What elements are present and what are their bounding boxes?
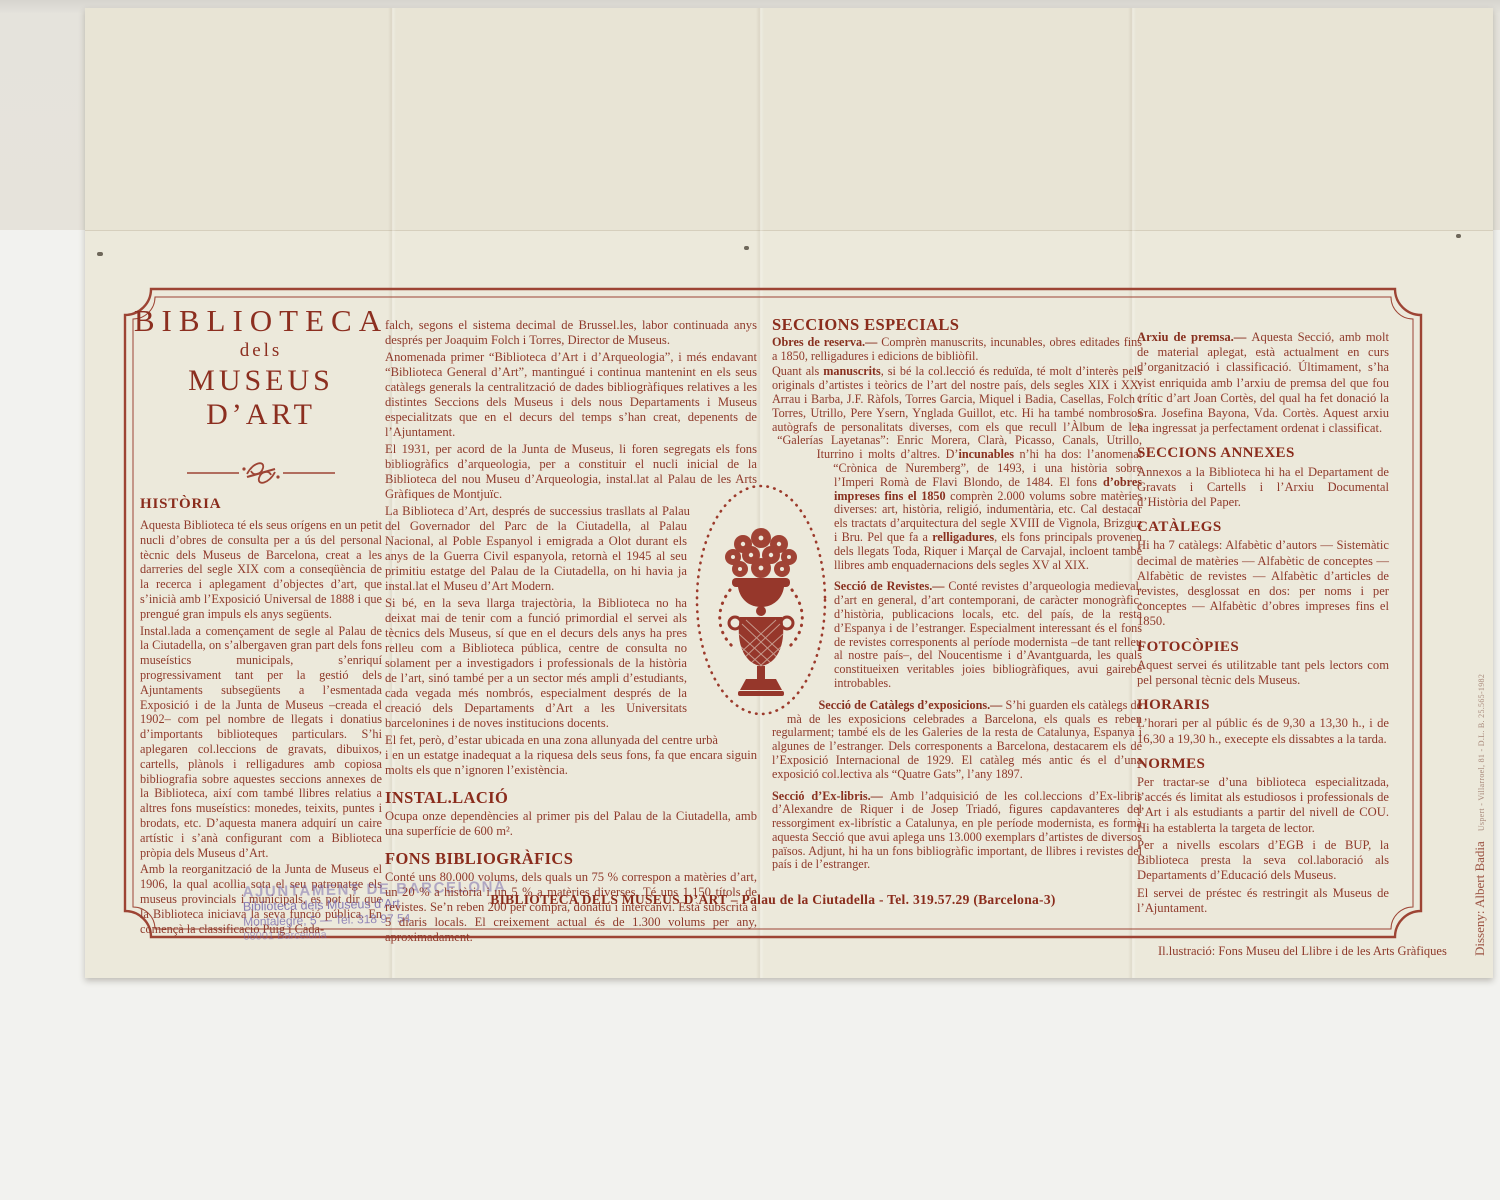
section-heading-seccions-especials: SECCIONS ESPECIALS [772,318,1142,332]
section-heading-fons-bibliografics: FONS BIBLIOGRÀFICS [385,851,757,866]
section-heading-historia: HISTÒRIA [140,496,221,513]
title-flourish-ornament [183,460,339,486]
title-line-2: dels [129,338,393,364]
paper-speck [1456,234,1461,238]
printer-credit: Uspert - Villarroel, 81 - D.L. B. 25.565… [1477,674,1486,831]
urn-flowers-illustration [688,478,834,722]
paragraph: El fet, però, d’estar ubicada en una zon… [385,733,757,778]
paper-speck [97,252,103,256]
title-line-3: MUSEUS D’ART [129,364,393,432]
paragraph: Aquesta Biblioteca té els seus orígens e… [140,518,382,622]
designer-credit-vertical: Disseny: Albert BadiaUspert - Villarroel… [1472,656,1488,956]
page-title: BIBLIOTECA dels MUSEUS D’ART [129,304,393,432]
section-heading-seccions-annexes: SECCIONS ANNEXES [1137,446,1389,461]
title-line-1: BIBLIOTECA [129,304,393,338]
scanned-brochure: BIBLIOTECA dels MUSEUS D’ART HISTÒRIA Aq… [0,0,1500,1200]
paragraph: Aquest servei és utilitzable tant pels l… [1137,658,1389,688]
paragraph: falch, segons el sistema decimal de Brus… [385,318,757,348]
paragraph: Per tractar-se d’una biblioteca especial… [1137,775,1389,836]
illustration-credit: Il.lustració: Fons Museu del Llibre i de… [1158,944,1447,959]
brochure-paper: BIBLIOTECA dels MUSEUS D’ART HISTÒRIA Aq… [85,8,1493,978]
paragraph: Hi ha 7 catàlegs: Alfabètic d’autors — S… [1137,538,1389,629]
paragraph: Ocupa onze dependències al primer pis de… [385,809,757,839]
column-four: Arxiu de premsa.— Aquesta Secció, amb mo… [1137,330,1389,918]
paragraph: Anomenada primer “Biblioteca d’Art i d’A… [385,350,757,440]
section-heading-catalegs: CATÀLEGS [1137,520,1389,535]
designer-credit: Disseny: Albert Badia [1472,841,1487,956]
paper-top-fold-panel [85,8,1493,231]
paper-speck [744,246,749,250]
section-heading-instalacio: INSTAL.LACIÓ [385,790,757,805]
section-heading-horaris: HORARIS [1137,698,1389,713]
paragraph: Secció d’Ex-libris.— Amb l’adquisició de… [772,790,1142,873]
paragraph: L’horari per al públic és de 9,30 a 13,3… [1137,716,1389,746]
paragraph: Instal.lada a començament de segle al Pa… [140,624,382,861]
column-historia: Aquesta Biblioteca té els seus orígens e… [140,518,382,938]
paragraph: Annexos a la Biblioteca hi ha el Departa… [1137,465,1389,511]
paragraph: Obres de reserva.— Comprèn manuscrits, i… [772,336,1142,364]
paragraph: Per a nivells escolars d’EGB i de BUP, l… [1137,838,1389,884]
section-heading-normes: NORMES [1137,757,1389,772]
footer-address-line: BIBLIOTECA DELS MUSEUS D’ART – Palau de … [123,892,1423,908]
section-heading-fotocopies: FOTOCÒPIES [1137,640,1389,655]
paragraph: Arxiu de premsa.— Aquesta Secció, amb mo… [1137,330,1389,436]
